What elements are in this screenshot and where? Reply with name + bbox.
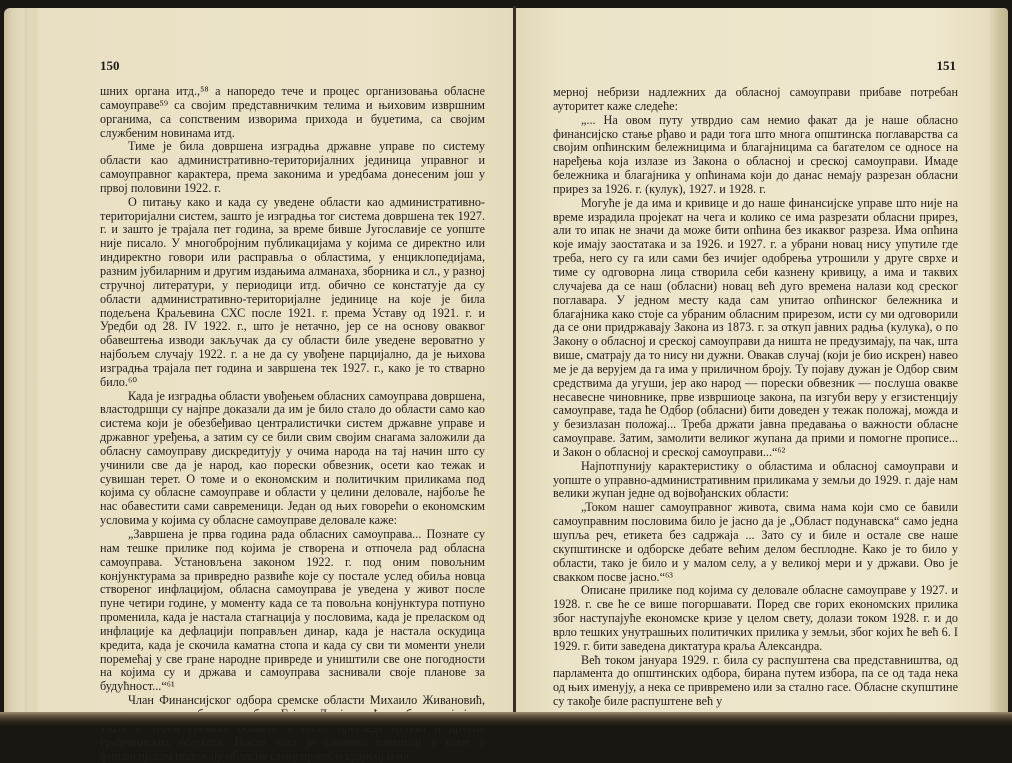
paragraph: Најпотпунију карактеристику о областима … — [553, 460, 958, 502]
left-page-body: шних органа итд.,⁵⁸ а напоредо тече и пр… — [100, 85, 485, 728]
book-bottom-edge — [0, 712, 1012, 728]
paragraph: Тиме је била довршена изградња државне у… — [100, 140, 485, 195]
paragraph: Када је изградња области увођењем обласн… — [100, 390, 485, 528]
paragraph: Описане прилике под којима су деловале о… — [553, 584, 958, 653]
paragraph: Већ током јануара 1929. г. била су распу… — [553, 654, 958, 709]
paragraph: О питању како и када су уведене области … — [100, 196, 485, 390]
left-page-number: 150 — [100, 58, 120, 74]
block-quote: „Завршена је прва година рада обласних с… — [100, 528, 485, 694]
block-quote: „Током нашег самоуправног живота, свима … — [553, 501, 958, 584]
right-page-number: 151 — [937, 58, 957, 74]
paragraph: шних органа итд.,⁵⁸ а напоредо тече и пр… — [100, 85, 485, 140]
right-page: 151 мерној небризи надлежних да обласној… — [516, 8, 1008, 716]
paragraph: Могуће је да има и кривице и до наше фин… — [553, 197, 958, 460]
right-page-body: мерној небризи надлежних да обласној сам… — [553, 86, 958, 709]
left-page: 150 шних органа итд.,⁵⁸ а напоредо тече … — [4, 8, 514, 716]
block-quote: „... На овом путу утврдио сам немио фака… — [553, 114, 958, 197]
paragraph: мерној небризи надлежних да обласној сам… — [553, 86, 958, 114]
open-book-scan: 150 шних органа итд.,⁵⁸ а напоредо тече … — [0, 0, 1012, 728]
